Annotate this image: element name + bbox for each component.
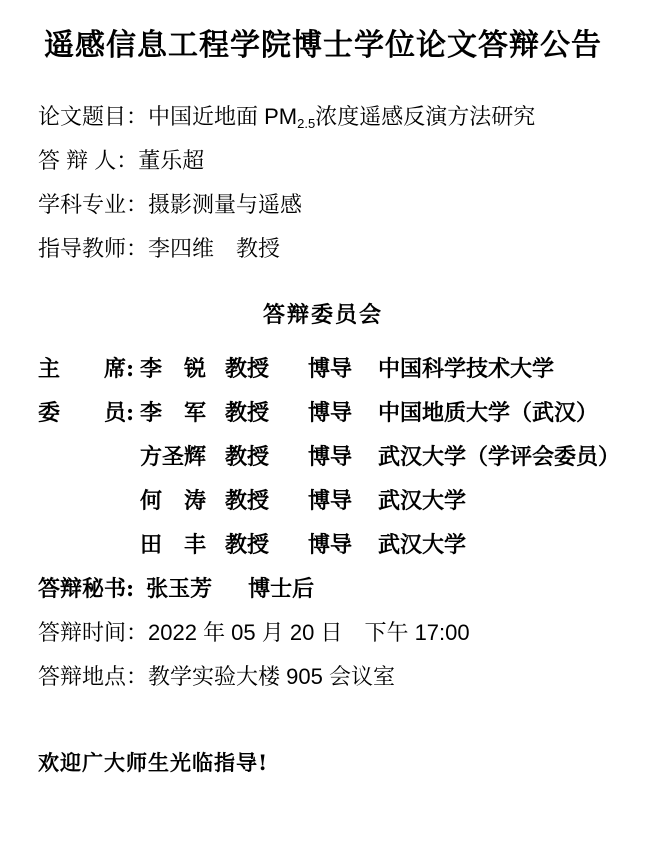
committee-member-supervisor: 博导 bbox=[308, 488, 378, 514]
committee-row-member: 方圣辉 教授 博导 武汉大学（学评会委员） bbox=[38, 444, 608, 470]
committee-role: 主 席: bbox=[38, 356, 140, 382]
committee-member-rank: 教授 bbox=[225, 532, 308, 558]
defense-place-line: 答辩地点：教学实验大楼 905 会议室 bbox=[38, 664, 608, 690]
committee-row-member: 何 涛 教授 博导 武汉大学 bbox=[38, 488, 608, 514]
committee-role: 委 员: bbox=[38, 400, 140, 426]
secretary-line: 答辩秘书: 张玉芳 博士后 bbox=[38, 576, 608, 602]
thesis-title-post: 浓度遥感反演方法研究 bbox=[315, 104, 535, 129]
committee-member-rank: 教授 bbox=[225, 444, 308, 470]
major-label: 学科专业： bbox=[38, 192, 148, 217]
advisor-line: 指导教师：李四维 教授 bbox=[38, 236, 608, 262]
committee-member-supervisor: 博导 bbox=[308, 532, 378, 558]
committee-member-name: 方圣辉 bbox=[140, 444, 225, 470]
secretary-name: 张玉芳 bbox=[146, 576, 212, 602]
info-block: 论文题目：中国近地面 PM2.5浓度遥感反演方法研究 答 辩 人：董乐超 学科专… bbox=[38, 104, 608, 262]
committee-row-chairman: 主 席: 李 锐 教授 博导 中国科学技术大学 bbox=[38, 356, 608, 382]
committee-member-name: 李 锐 bbox=[140, 356, 225, 382]
committee-member-affiliation: 中国科学技术大学 bbox=[378, 356, 554, 382]
defender-line: 答 辩 人：董乐超 bbox=[38, 148, 608, 174]
committee-member-rank: 教授 bbox=[225, 400, 308, 426]
thesis-title-pre: 中国近地面 PM bbox=[148, 104, 297, 129]
thesis-title-label: 论文题目： bbox=[38, 104, 148, 129]
defender-name: 董乐超 bbox=[138, 148, 204, 173]
major-value: 摄影测量与遥感 bbox=[148, 192, 302, 217]
committee-row-member: 田 丰 教授 博导 武汉大学 bbox=[38, 532, 608, 558]
defender-label: 答 辩 人： bbox=[38, 148, 138, 173]
committee-member-affiliation: 武汉大学 bbox=[378, 488, 466, 514]
committee-heading: 答辩委员会 bbox=[38, 302, 608, 328]
committee-member-affiliation: 武汉大学 bbox=[378, 532, 466, 558]
committee-member-supervisor: 博导 bbox=[308, 356, 378, 382]
major-line: 学科专业：摄影测量与遥感 bbox=[38, 192, 608, 218]
defense-place-value: 教学实验大楼 905 会议室 bbox=[148, 664, 395, 689]
committee-member-supervisor: 博导 bbox=[308, 444, 378, 470]
committee-list: 主 席: 李 锐 教授 博导 中国科学技术大学 委 员: 李 军 教授 博导 中… bbox=[38, 356, 608, 558]
thesis-title-line: 论文题目：中国近地面 PM2.5浓度遥感反演方法研究 bbox=[38, 104, 608, 130]
committee-member-affiliation: 武汉大学（学评会委员） bbox=[378, 444, 620, 470]
committee-member-affiliation: 中国地质大学（武汉） bbox=[378, 400, 598, 426]
page-title: 遥感信息工程学院博士学位论文答辩公告 bbox=[38, 24, 608, 68]
defense-announcement-page: 遥感信息工程学院博士学位论文答辩公告 论文题目：中国近地面 PM2.5浓度遥感反… bbox=[0, 0, 646, 848]
secretary-label: 答辩秘书: bbox=[38, 576, 134, 602]
defense-time-line: 答辩时间：2022 年 05 月 20 日 下午 17:00 bbox=[38, 620, 608, 646]
secretary-degree: 博士后 bbox=[248, 576, 314, 602]
advisor-label: 指导教师： bbox=[38, 236, 148, 261]
thesis-title-subscript: 2.5 bbox=[297, 116, 315, 131]
advisor-value: 李四维 教授 bbox=[148, 236, 280, 261]
committee-member-name: 田 丰 bbox=[140, 532, 225, 558]
defense-place-label: 答辩地点： bbox=[38, 664, 148, 689]
committee-member-rank: 教授 bbox=[225, 488, 308, 514]
committee-row-member: 委 员: 李 军 教授 博导 中国地质大学（武汉） bbox=[38, 400, 608, 426]
welcome-message: 欢迎广大师生光临指导! bbox=[38, 750, 608, 776]
defense-time-value: 2022 年 05 月 20 日 下午 17:00 bbox=[148, 620, 470, 645]
defense-time-label: 答辩时间： bbox=[38, 620, 148, 645]
committee-member-rank: 教授 bbox=[225, 356, 308, 382]
committee-member-name: 李 军 bbox=[140, 400, 225, 426]
committee-member-name: 何 涛 bbox=[140, 488, 225, 514]
committee-member-supervisor: 博导 bbox=[308, 400, 378, 426]
